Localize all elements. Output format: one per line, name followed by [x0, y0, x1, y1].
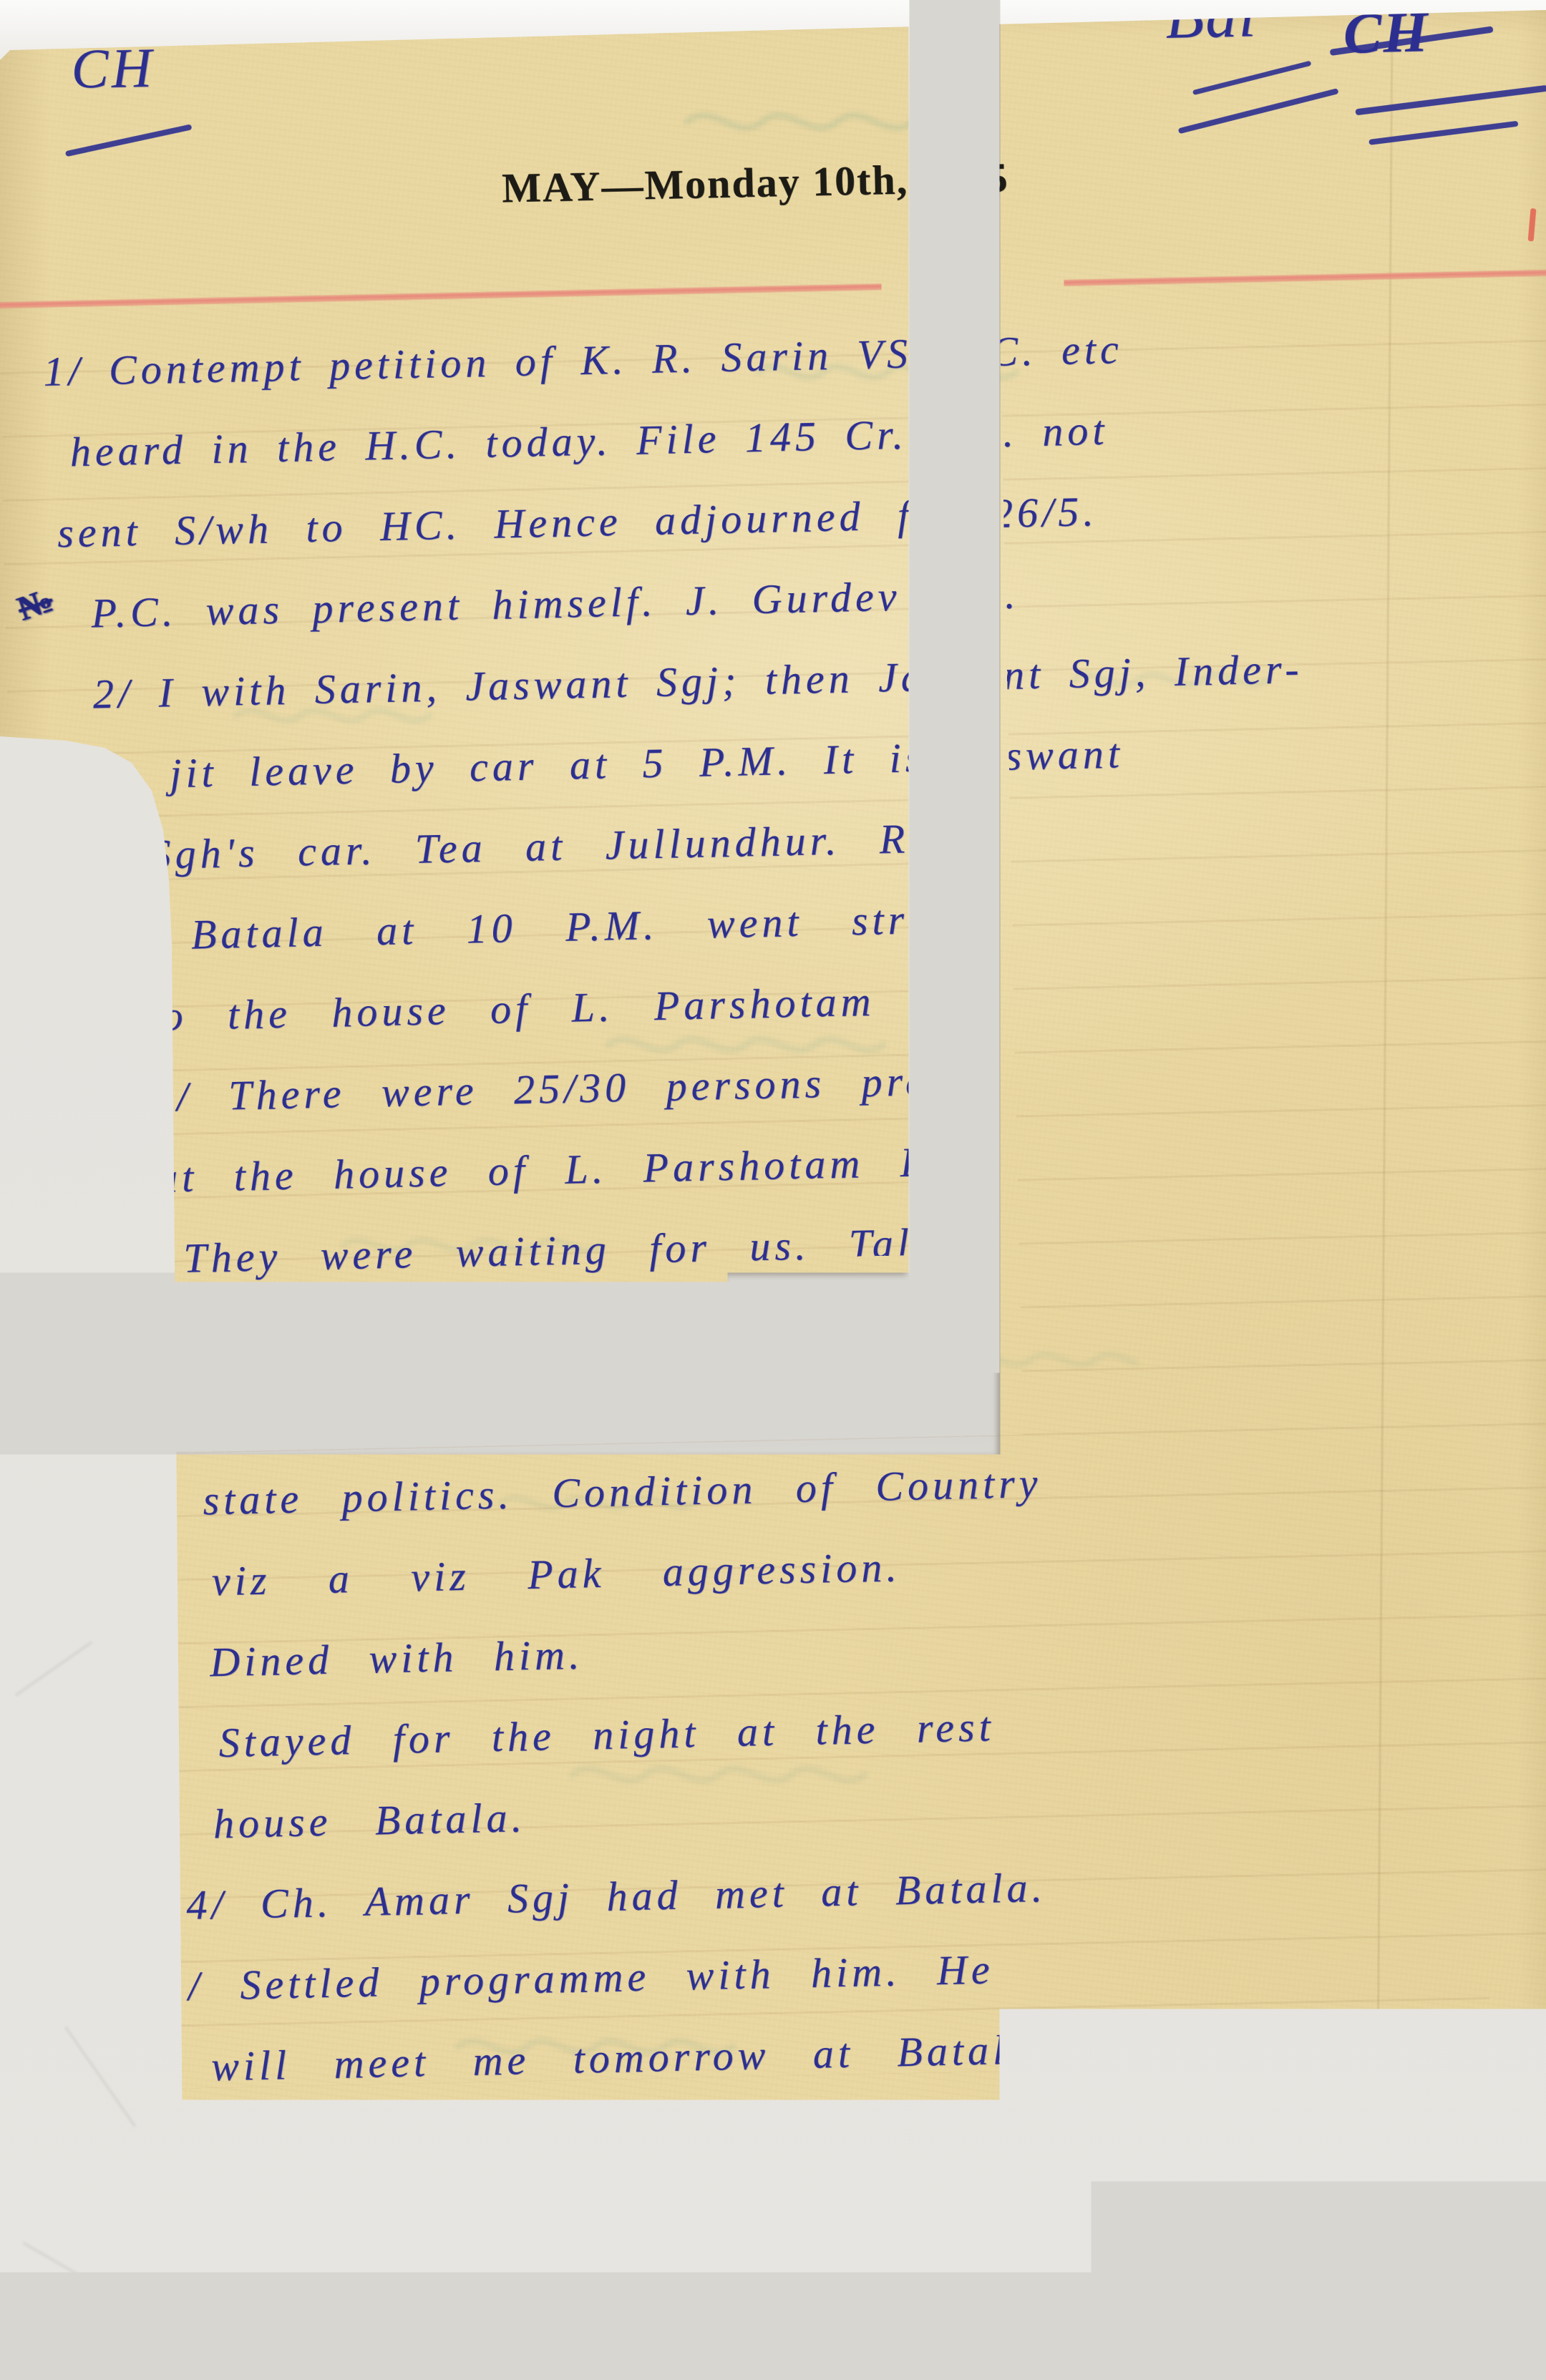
diary-scan: CH Bal CH MAY—Monday 10th, 1965 № 1/ Con…: [0, 0, 1546, 2380]
scribble-underline: [1178, 88, 1339, 134]
scribble-underline: [1368, 121, 1518, 145]
red-rule-edge-tick: [1528, 208, 1537, 242]
backing-crease: [64, 2026, 137, 2127]
initials-underline: [65, 124, 193, 157]
diary-page: CH Bal CH MAY—Monday 10th, 1965 № 1/ Con…: [0, 0, 1546, 2380]
handwritten-entry: 1/ Contempt petition of K. R. Sarin VS. …: [0, 300, 1546, 2192]
backing-crease: [15, 1641, 93, 1697]
written-content-layer: CH Bal CH MAY—Monday 10th, 1965 № 1/ Con…: [0, 0, 1546, 2380]
scribble-underline: [1192, 61, 1312, 95]
backing-crease: [23, 2242, 142, 2312]
page-title-date: MAY—Monday 10th, 1965: [501, 154, 1009, 213]
backing-crease: [27, 1320, 123, 1373]
scribble-underline: [1355, 85, 1546, 116]
